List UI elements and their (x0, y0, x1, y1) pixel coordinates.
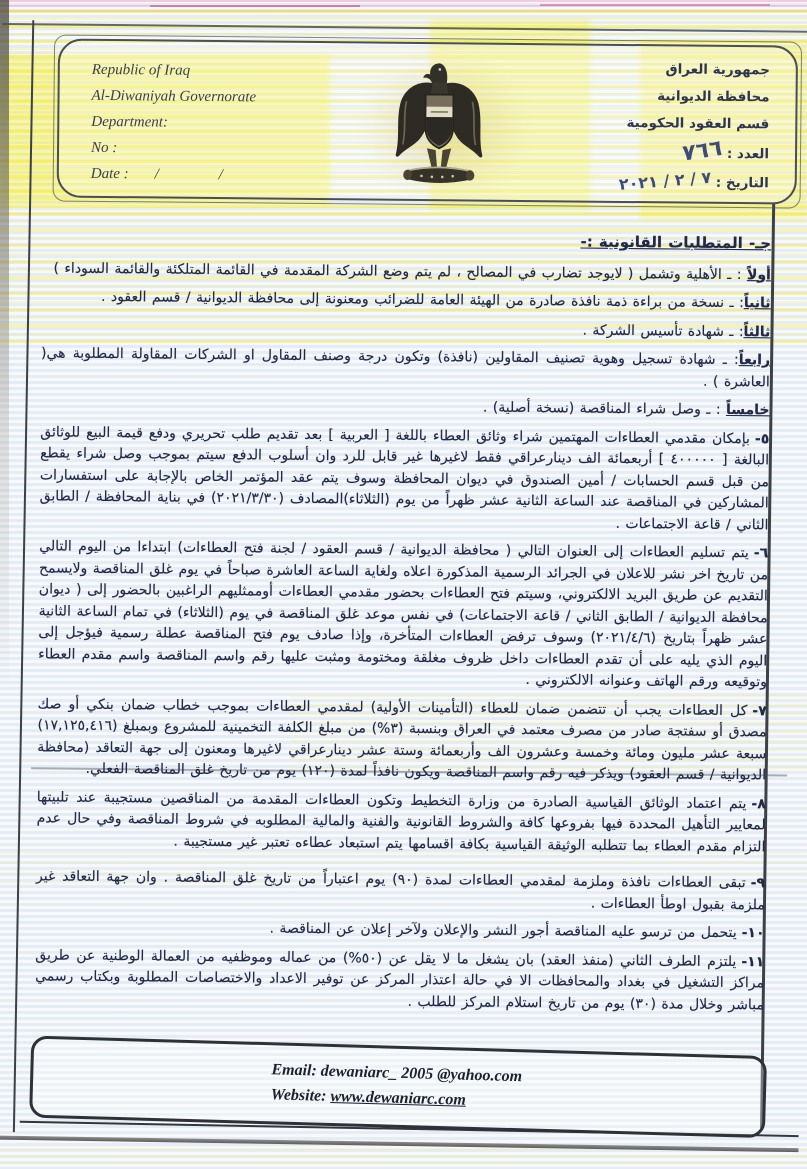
item-number: ١٠- (742, 925, 765, 941)
item-text: بإمكان مقدمي العطاءات المهتمين شراء وثائ… (40, 424, 770, 533)
letterhead-country-ar: جمهورية العراق (615, 56, 769, 84)
letterhead-english: Republic of Iraq Al-Diwaniyah Governorat… (91, 57, 257, 189)
requirement-item-third: ثالثاً: ـ شهادة تأسيس الشركة . (41, 315, 770, 343)
requirement-item-7: ٧-كل العطاءات يجب أن تتضمن ضمان للعطاء (… (37, 694, 767, 787)
item-text: شهادة تأسيس الشركة . (582, 322, 723, 339)
letterhead-no-label-en: No : (91, 135, 256, 163)
letterhead-date-label-en: Date : (91, 166, 129, 182)
item-text: يتم اعتماد الوثائق القياسية الصادرة من و… (37, 789, 766, 855)
letterhead-arabic: جمهورية العراق محافظة الديوانية قسم العق… (614, 56, 770, 197)
item-text: يلتزم الطرف الثاني (منفذ العقد) بان يشغل… (35, 947, 764, 1013)
item-number: ٧- (752, 703, 767, 719)
top-border-line (2, 23, 807, 33)
item-text: شهادة تسجيل وهوية تصنيف المقاولين (نافذة… (41, 345, 770, 389)
date-blank-slashes: / / (155, 161, 251, 188)
item-lead: ثانياً (744, 295, 771, 311)
website-link: www.dewaniarc.com (330, 1088, 466, 1109)
document-content: Republic of Iraq Al-Diwaniyah Governorat… (0, 0, 807, 1169)
letterhead-date-line: التاريخ : ٧ / ٢ / ٢٠٢١ (614, 167, 768, 197)
requirement-item-6: ٦-يتم تسليم العطاءات إلى العنوان التالي … (38, 536, 768, 693)
item-lead: خامساً (726, 402, 770, 418)
letterhead-date-line-en: Date :/ / (91, 161, 256, 189)
page-edge-line (0, 1135, 798, 1152)
requirement-item-first: أولاً : ـ الأهلية وتشمل ( لايوجد تضارب ف… (42, 258, 771, 286)
item-separator: : ـ (724, 295, 744, 311)
item-number: ١١- (741, 954, 764, 970)
left-border-line (13, 20, 34, 1132)
email-label: Email: (271, 1061, 317, 1079)
item-text: الأهلية وتشمل ( لايوجد تضارب في المصالح … (53, 260, 721, 282)
requirement-item-10: ١٠-يتحمل من ترسو عليه المناقصة أجور النش… (35, 916, 764, 944)
item-number: ٦- (754, 545, 769, 561)
item-text: نسخة من براءة ذمة نافذة صادرة من الهيئة … (101, 289, 724, 311)
letterhead-country-en: Republic of Iraq (92, 57, 257, 85)
item-number: ٥- (755, 431, 770, 447)
requirement-item-5: ٥-بإمكان مقدمي العطاءات المهتمين شراء وث… (39, 422, 769, 536)
scanned-document-page: Republic of Iraq Al-Diwaniyah Governorat… (0, 0, 807, 1169)
handwritten-number: ٧٦٦ (682, 135, 723, 168)
letterhead-department-ar: قسم العقود الحكومية (615, 110, 769, 138)
date-label: التاريخ : (716, 175, 769, 192)
requirement-item-9: ٩-تبقى العطاءات نافذة وملزمة لمقدمي العط… (36, 866, 765, 916)
letterhead-governorate-en: Al-Diwaniyah Governorate (91, 83, 256, 111)
section-heading: جـ- المتطلبات القانونية :- (42, 226, 771, 254)
contact-info: Email: dewaniarc_ 2005 @yahoo.com Websit… (270, 1057, 522, 1114)
item-number: ٨- (751, 796, 766, 812)
requirement-item-8: ٨-يتم اعتماد الوثائق القياسية الصادرة من… (36, 787, 766, 858)
requirement-item-second: ثانياً: ـ نسخة من براءة ذمة نافذة صادرة … (42, 286, 771, 314)
item-separator: : ـ (722, 266, 747, 282)
number-label: العدد : (727, 146, 769, 162)
item-text: يتم تسليم العطاءات إلى العنوان التالي ( … (38, 538, 768, 690)
item-text: تبقى العطاءات نافذة وملزمة لمقدمي العطاء… (36, 868, 765, 912)
requirement-item-11: ١١-يلتزم الطرف الثاني (منفذ العقد) بان ي… (35, 945, 765, 1016)
requirement-item-fifth: خامساً : ـ وصل شراء المناقصة (نسخة أصلية… (40, 393, 769, 421)
handwritten-date: ٧ / ٢ / ٢٠٢١ (618, 164, 712, 198)
letterhead-department-label-en: Department: (91, 109, 256, 137)
item-lead: ثالثاً (744, 324, 771, 340)
item-separator: : ـ (724, 323, 744, 339)
letterhead-number-line: العدد : ٧٦٦ (615, 137, 769, 168)
iraq-eagle-emblem-icon (387, 52, 492, 195)
item-text: وصل شراء المناقصة (نسخة أصلية) . (483, 400, 701, 418)
item-text: كل العطاءات يجب أن تتضمن ضمان للعطاء (ال… (37, 696, 766, 783)
letterhead-box: Republic of Iraq Al-Diwaniyah Governorat… (57, 39, 798, 205)
requirement-item-fourth: رابعاً: ـ شهادة تسجيل وهوية تصنيف المقاو… (41, 343, 770, 393)
item-lead: رابعاً (739, 352, 770, 368)
legal-requirements-section: جـ- المتطلبات القانونية :- أولاً : ـ الأ… (35, 226, 772, 1023)
item-text: يتحمل من ترسو عليه المناقصة أجور النشر و… (269, 921, 736, 941)
website-label: Website: (271, 1086, 327, 1105)
item-separator: : ـ (701, 402, 726, 418)
email-value: dewaniarc_ 2005 @yahoo.com (321, 1063, 523, 1086)
letterhead-governorate-ar: محافظة الديوانية (615, 83, 769, 111)
item-separator: : ـ (715, 352, 738, 368)
item-number: ٩- (751, 875, 766, 891)
item-lead: أولاً (747, 267, 771, 283)
